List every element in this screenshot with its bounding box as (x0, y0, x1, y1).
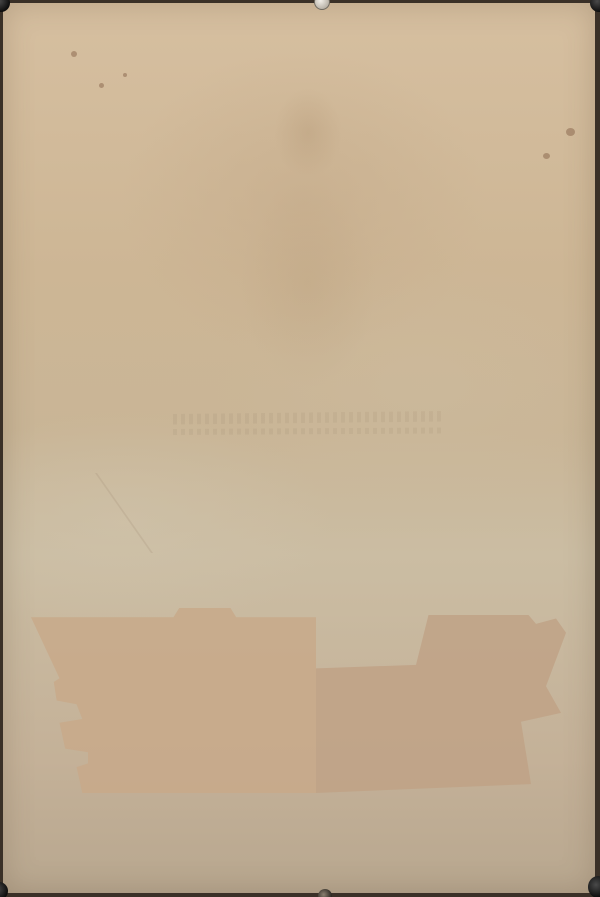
clip-bottom-right (588, 876, 600, 897)
bleed-through-caption (173, 408, 443, 438)
clip-bottom-center (318, 889, 332, 897)
bleed-through-line (95, 473, 353, 553)
stain-spot (71, 51, 77, 57)
tape-stain-left (31, 608, 316, 793)
tape-stain-right (316, 615, 566, 793)
bleed-through-figure (213, 63, 403, 393)
stain-spot (99, 83, 104, 88)
stain-spot (566, 128, 575, 136)
stain-spot (123, 73, 127, 77)
poster-back-paper (3, 3, 595, 893)
stain-spot (543, 153, 550, 159)
